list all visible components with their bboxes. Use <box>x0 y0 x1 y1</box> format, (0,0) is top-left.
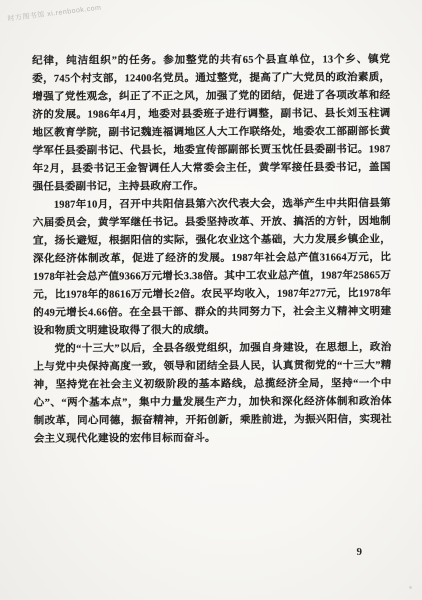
scanned-book-page: 时方图书馆 xi.renbook.com 纪律，纯洁组织”的任务。参加整党的共有… <box>0 0 422 600</box>
paragraph: 党的“十三大”以后，全县各级党组织，加强自身建设，在思想上，政治上与党中央保持高… <box>33 339 391 449</box>
library-watermark: 时方图书馆 xi.renbook.com <box>7 2 102 23</box>
paragraph: 纪律，纯洁组织”的任务。参加整党的共有65个县直单位，13个乡、镇党委，745个… <box>32 51 391 197</box>
body-text: 纪律，纯洁组织”的任务。参加整党的共有65个县直单位，13个乡、镇党委，745个… <box>32 51 392 449</box>
scan-speck <box>409 586 412 589</box>
paragraph: 1987年10月，召开中共阳信县第六次代表大会，选举产生中共阳信县第六届委员会，… <box>33 195 392 341</box>
page-number: 9 <box>357 546 363 558</box>
